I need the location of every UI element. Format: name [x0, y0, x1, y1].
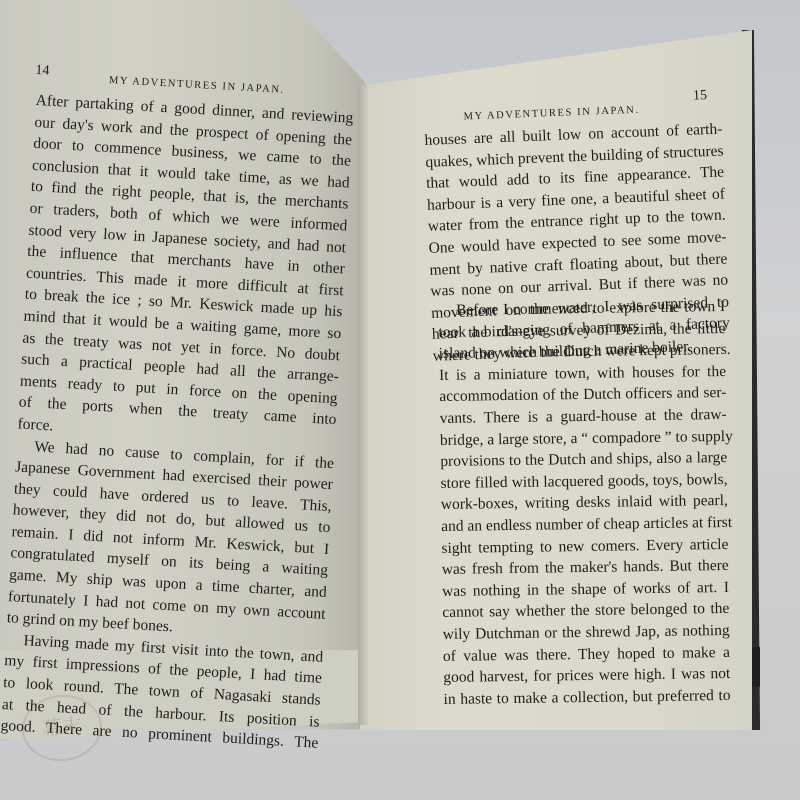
left-page-body: After partaking of a good dinner, and re… — [0, 90, 354, 755]
page-number: 15 — [693, 85, 708, 107]
right-page-body-lower: Before I commenced to explore the town I… — [438, 296, 731, 710]
left-page-text: 14 MY ADVENTURES IN JAPAN. After partaki… — [0, 60, 355, 755]
text-line: in haste to make a collection, but prefe… — [443, 685, 730, 711]
right-page-text-lower: Before I commenced to explore the town I… — [438, 296, 731, 710]
book-gutter — [358, 85, 368, 725]
page-number: 14 — [35, 60, 50, 82]
